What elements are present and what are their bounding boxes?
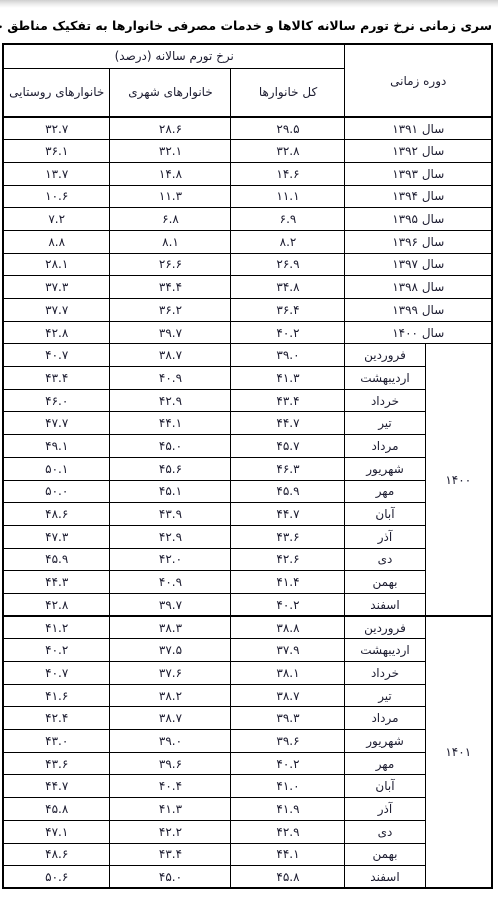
month-row: خرداد۴۳.۴۴۲.۹۴۶.۰	[3, 389, 492, 412]
month-cell: آذر	[345, 798, 425, 821]
value-cell: ۲۸.۶	[110, 117, 231, 140]
value-cell: ۴۸.۶	[3, 503, 110, 526]
year-row: سال ۱۳۹۳۱۴.۶۱۴.۸۱۳.۷	[3, 162, 492, 185]
value-cell: ۳۸.۱	[231, 662, 345, 685]
value-cell: ۴۲.۹	[110, 525, 231, 548]
value-cell: ۴۲.۹	[110, 389, 231, 412]
month-row: آذر۴۱.۹۴۱.۳۴۵.۸	[3, 798, 492, 821]
value-cell: ۴۹.۱	[3, 435, 110, 458]
title-bar: سری زمانی نرخ تورم سالانه کالاها و خدمات…	[6, 18, 492, 33]
value-cell: ۴۷.۱	[3, 820, 110, 843]
value-cell: ۴۵.۶	[110, 457, 231, 480]
value-cell: ۵۰.۰	[3, 480, 110, 503]
value-cell: ۴۴.۳	[3, 571, 110, 594]
month-cell: فروردین	[345, 344, 425, 367]
month-cell: خرداد	[345, 662, 425, 685]
period-cell: سال ۱۳۹۱	[345, 117, 492, 140]
value-cell: ۴۰.۹	[110, 571, 231, 594]
period-header: دوره زمانی	[345, 44, 492, 117]
value-cell: ۳۶.۱	[3, 140, 110, 163]
month-cell: بهمن	[345, 843, 425, 866]
month-cell: شهریور	[345, 730, 425, 753]
year-span-cell: ۱۴۰۰	[425, 344, 492, 616]
month-row: اسفند۴۰.۲۳۹.۷۴۲.۸	[3, 593, 492, 616]
period-cell: سال ۱۳۹۸	[345, 276, 492, 299]
value-cell: ۴۲.۲	[110, 820, 231, 843]
value-cell: ۸.۲	[231, 230, 345, 253]
value-cell: ۳۸.۷	[110, 707, 231, 730]
page-edge-strip	[0, 0, 498, 8]
month-row: اردیبهشت۳۷.۹۳۷.۵۴۰.۲	[3, 639, 492, 662]
value-cell: ۳۷.۳	[3, 276, 110, 299]
total-households-header: کل خانوارها	[231, 68, 345, 117]
value-cell: ۳۴.۴	[110, 276, 231, 299]
value-cell: ۴۲.۸	[3, 593, 110, 616]
value-cell: ۴۳.۶	[3, 752, 110, 775]
value-cell: ۴۳.۴	[231, 389, 345, 412]
value-cell: ۴۰.۲	[231, 752, 345, 775]
value-cell: ۴۴.۷	[231, 412, 345, 435]
value-cell: ۳۲.۸	[231, 140, 345, 163]
value-cell: ۴۳.۰	[3, 730, 110, 753]
month-row: بهمن۴۱.۴۴۰.۹۴۴.۳	[3, 571, 492, 594]
month-row: اسفند۴۵.۸۴۵.۰۵۰.۶	[3, 866, 492, 889]
month-row: مهر۴۵.۹۴۵.۱۵۰.۰	[3, 480, 492, 503]
value-cell: ۳۸.۲	[110, 684, 231, 707]
value-cell: ۴۴.۱	[231, 843, 345, 866]
year-row: سال ۱۳۹۹۳۶.۴۳۶.۲۳۷.۷	[3, 299, 492, 322]
month-row: آبان۴۱.۰۴۰.۴۴۴.۷	[3, 775, 492, 798]
value-cell: ۴۱.۴	[231, 571, 345, 594]
value-cell: ۴۲.۹	[231, 820, 345, 843]
value-cell: ۴۴.۱	[110, 412, 231, 435]
value-cell: ۳۹.۳	[231, 707, 345, 730]
year-row: سال ۱۳۹۱۲۹.۵۲۸.۶۳۲.۷	[3, 117, 492, 140]
value-cell: ۴۱.۲	[3, 616, 110, 639]
year-row: سال ۱۴۰۰۴۰.۲۳۹.۷۴۲.۸	[3, 321, 492, 344]
table-body: سال ۱۳۹۱۲۹.۵۲۸.۶۳۲.۷سال ۱۳۹۲۳۲.۸۳۲.۱۳۶.۱…	[3, 117, 492, 888]
month-cell: مهر	[345, 480, 425, 503]
value-cell: ۳۷.۶	[110, 662, 231, 685]
value-cell: ۴۷.۷	[3, 412, 110, 435]
value-cell: ۴۱.۹	[231, 798, 345, 821]
table-header: دوره زمانی نرخ تورم سالانه (درصد) کل خان…	[3, 44, 492, 117]
page: { "title": "سری زمانی نرخ تورم سالانه کا…	[0, 0, 498, 897]
value-cell: ۴۵.۹	[231, 480, 345, 503]
month-row: تیر۳۸.۷۳۸.۲۴۱.۶	[3, 684, 492, 707]
month-cell: دی	[345, 548, 425, 571]
value-cell: ۳۷.۹	[231, 639, 345, 662]
value-cell: ۴۵.۸	[231, 866, 345, 889]
value-cell: ۳۴.۸	[231, 276, 345, 299]
value-cell: ۴۴.۷	[231, 503, 345, 526]
value-cell: ۴۰.۲	[231, 321, 345, 344]
year-span-cell: ۱۴۰۱	[425, 616, 492, 888]
month-cell: مرداد	[345, 435, 425, 458]
value-cell: ۴۳.۴	[110, 843, 231, 866]
month-cell: اسفند	[345, 593, 425, 616]
value-cell: ۴۰.۲	[231, 593, 345, 616]
value-cell: ۴۰.۹	[110, 367, 231, 390]
month-cell: تیر	[345, 684, 425, 707]
year-row: سال ۱۳۹۲۳۲.۸۳۲.۱۳۶.۱	[3, 140, 492, 163]
value-cell: ۲۸.۱	[3, 253, 110, 276]
value-cell: ۱۳.۷	[3, 162, 110, 185]
month-row: اردیبهشت۴۱.۳۴۰.۹۴۳.۴	[3, 367, 492, 390]
value-cell: ۲۹.۵	[231, 117, 345, 140]
period-cell: سال ۱۴۰۰	[345, 321, 492, 344]
month-cell: آبان	[345, 775, 425, 798]
value-cell: ۳۹.۷	[110, 593, 231, 616]
value-cell: ۱۴.۶	[231, 162, 345, 185]
month-cell: اردیبهشت	[345, 639, 425, 662]
value-cell: ۴۲.۸	[3, 321, 110, 344]
month-row: دی۴۲.۶۴۲.۰۴۵.۹	[3, 548, 492, 571]
value-cell: ۳۲.۷	[3, 117, 110, 140]
period-cell: سال ۱۳۹۵	[345, 208, 492, 231]
month-cell: دی	[345, 820, 425, 843]
value-cell: ۴۱.۰	[231, 775, 345, 798]
value-cell: ۵۰.۶	[3, 866, 110, 889]
year-row: سال ۱۳۹۸۳۴.۸۳۴.۴۳۷.۳	[3, 276, 492, 299]
value-cell: ۴۵.۹	[3, 548, 110, 571]
value-cell: ۳۸.۸	[231, 616, 345, 639]
value-cell: ۳۹.۰	[110, 730, 231, 753]
value-cell: ۳۷.۵	[110, 639, 231, 662]
month-row: آذر۴۳.۶۴۲.۹۴۷.۳	[3, 525, 492, 548]
month-row: شهریور۴۶.۳۴۵.۶۵۰.۱	[3, 457, 492, 480]
month-row: خرداد۳۸.۱۳۷.۶۴۰.۷	[3, 662, 492, 685]
value-cell: ۳۲.۱	[110, 140, 231, 163]
rural-households-header: خانوارهای روستایی	[3, 68, 110, 117]
value-cell: ۳۷.۷	[3, 299, 110, 322]
period-cell: سال ۱۳۹۶	[345, 230, 492, 253]
period-cell: سال ۱۳۹۳	[345, 162, 492, 185]
month-row: شهریور۳۹.۶۳۹.۰۴۳.۰	[3, 730, 492, 753]
value-cell: ۴۱.۶	[3, 684, 110, 707]
period-cell: سال ۱۳۹۲	[345, 140, 492, 163]
value-cell: ۱۱.۳	[110, 185, 231, 208]
value-cell: ۴۱.۳	[231, 367, 345, 390]
month-cell: بهمن	[345, 571, 425, 594]
month-row: ۱۴۰۱فروردین۳۸.۸۳۸.۳۴۱.۲	[3, 616, 492, 639]
value-cell: ۳۸.۷	[231, 684, 345, 707]
value-cell: ۴۰.۷	[3, 344, 110, 367]
value-cell: ۵۰.۱	[3, 457, 110, 480]
month-row: تیر۴۴.۷۴۴.۱۴۷.۷	[3, 412, 492, 435]
period-cell: سال ۱۳۹۷	[345, 253, 492, 276]
period-cell: سال ۱۳۹۴	[345, 185, 492, 208]
value-cell: ۴۲.۰	[110, 548, 231, 571]
value-cell: ۳۹.۶	[231, 730, 345, 753]
month-cell: شهریور	[345, 457, 425, 480]
value-cell: ۴۰.۷	[3, 662, 110, 685]
value-cell: ۴۳.۴	[3, 367, 110, 390]
value-cell: ۴۰.۲	[3, 639, 110, 662]
value-cell: ۷.۲	[3, 208, 110, 231]
value-cell: ۴۶.۳	[231, 457, 345, 480]
value-cell: ۴۳.۶	[231, 525, 345, 548]
month-row: مرداد۴۵.۷۴۵.۰۴۹.۱	[3, 435, 492, 458]
month-cell: مهر	[345, 752, 425, 775]
value-cell: ۳۶.۴	[231, 299, 345, 322]
value-cell: ۱۴.۸	[110, 162, 231, 185]
month-row: آبان۴۴.۷۴۳.۹۴۸.۶	[3, 503, 492, 526]
value-cell: ۴۵.۷	[231, 435, 345, 458]
header-row-1: دوره زمانی نرخ تورم سالانه (درصد)	[3, 44, 492, 68]
month-cell: فروردین	[345, 616, 425, 639]
value-cell: ۶.۸	[110, 208, 231, 231]
month-row: مهر۴۰.۲۳۹.۶۴۳.۶	[3, 752, 492, 775]
value-cell: ۴۶.۰	[3, 389, 110, 412]
value-cell: ۴۰.۴	[110, 775, 231, 798]
inflation-table: دوره زمانی نرخ تورم سالانه (درصد) کل خان…	[2, 43, 493, 889]
month-row: ۱۴۰۰فروردین۳۹.۰۳۸.۷۴۰.۷	[3, 344, 492, 367]
month-row: بهمن۴۴.۱۴۳.۴۴۸.۶	[3, 843, 492, 866]
value-cell: ۴۴.۷	[3, 775, 110, 798]
value-cell: ۲۶.۶	[110, 253, 231, 276]
value-cell: ۴۲.۴	[3, 707, 110, 730]
month-cell: اردیبهشت	[345, 367, 425, 390]
value-cell: ۱۱.۱	[231, 185, 345, 208]
value-cell: ۳۶.۲	[110, 299, 231, 322]
value-cell: ۱۰.۶	[3, 185, 110, 208]
month-cell: تیر	[345, 412, 425, 435]
value-cell: ۴۸.۶	[3, 843, 110, 866]
page-title: سری زمانی نرخ تورم سالانه کالاها و خدمات…	[0, 18, 492, 33]
year-row: سال ۱۳۹۷۲۶.۹۲۶.۶۲۸.۱	[3, 253, 492, 276]
value-cell: ۲۶.۹	[231, 253, 345, 276]
month-cell: آبان	[345, 503, 425, 526]
month-row: مرداد۳۹.۳۳۸.۷۴۲.۴	[3, 707, 492, 730]
value-cell: ۴۱.۳	[110, 798, 231, 821]
year-row: سال ۱۳۹۴۱۱.۱۱۱.۳۱۰.۶	[3, 185, 492, 208]
value-cell: ۳۸.۳	[110, 616, 231, 639]
year-row: سال ۱۳۹۶۸.۲۸.۱۸.۸	[3, 230, 492, 253]
value-cell: ۸.۱	[110, 230, 231, 253]
value-cell: ۴۳.۹	[110, 503, 231, 526]
month-cell: خرداد	[345, 389, 425, 412]
value-cell: ۴۷.۳	[3, 525, 110, 548]
period-cell: سال ۱۳۹۹	[345, 299, 492, 322]
value-cell: ۳۹.۷	[110, 321, 231, 344]
value-cell: ۶.۹	[231, 208, 345, 231]
value-cell: ۴۵.۱	[110, 480, 231, 503]
month-cell: اسفند	[345, 866, 425, 889]
value-cell: ۳۸.۷	[110, 344, 231, 367]
rate-group-header: نرخ تورم سالانه (درصد)	[3, 44, 345, 68]
urban-households-header: خانوارهای شهری	[110, 68, 231, 117]
month-cell: مرداد	[345, 707, 425, 730]
value-cell: ۴۵.۰	[110, 866, 231, 889]
value-cell: ۳۹.۶	[110, 752, 231, 775]
month-row: دی۴۲.۹۴۲.۲۴۷.۱	[3, 820, 492, 843]
value-cell: ۸.۸	[3, 230, 110, 253]
value-cell: ۴۵.۰	[110, 435, 231, 458]
month-cell: آذر	[345, 525, 425, 548]
value-cell: ۴۵.۸	[3, 798, 110, 821]
value-cell: ۳۹.۰	[231, 344, 345, 367]
value-cell: ۴۲.۶	[231, 548, 345, 571]
year-row: سال ۱۳۹۵۶.۹۶.۸۷.۲	[3, 208, 492, 231]
